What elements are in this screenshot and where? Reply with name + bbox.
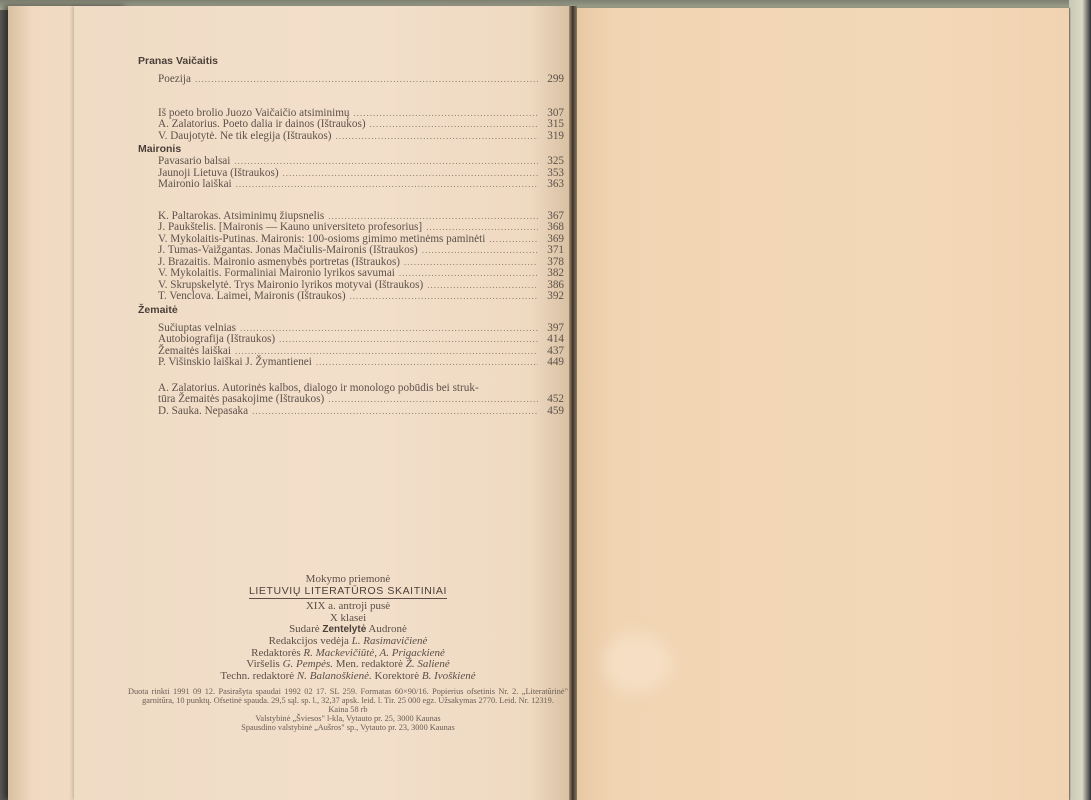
toc-entry-page: 368 [542,222,564,234]
background-surface-right [1069,0,1091,800]
proofreader-name: B. Ivoškienė [422,670,476,682]
toc-entry: V. Daujotytė. Ne tik elegija (Ištraukos)… [138,131,570,143]
leader-dots [422,245,538,257]
paper-light-spot [602,633,672,693]
toc-entry-title: P. Višinskio laiškai J. Žymantienei [158,357,312,369]
editors-names: R. Mackevičiūtė, A. Prigackienė [303,647,445,659]
toc-entry-title: Maironio laiškai [158,179,232,191]
toc-entry-title: Autobiografija (Ištraukos) [158,334,275,346]
toc-entry: Pavasario balsai325 [138,156,570,168]
toc-entry-title: V. Daujotytė. Ne tik elegija (Ištraukos) [158,131,331,143]
tech-editor-line: Techn. redaktorė N. Balanoškienė. Korekt… [124,671,572,683]
leader-dots [489,234,538,246]
toc-entry-title: J. Paukštelis. [Maironis — Kauno univers… [158,222,422,234]
leader-dots [234,156,538,168]
compiler-label: Sudarė [289,623,320,635]
toc-entry: Maironio laiškai363 [138,179,570,191]
editor-chief-name: L. Rasimavičienė [352,635,428,647]
toc-section-author: Maironis [138,142,570,156]
toc-entry-page: 382 [542,268,564,280]
leader-dots [328,394,538,406]
toc-entry-page: 363 [542,179,564,191]
toc-entry-title: J. Tumas-Vaižgantas. Jonas Mačiulis-Mair… [158,245,418,257]
printer: Spausdino valstybinė „Aušros" sp., Vytau… [124,723,572,732]
price: Kaina 58 rb [124,705,572,714]
toc-entry-page: 449 [542,357,564,369]
toc-entry: D. Sauka. Nepasaka459 [138,406,570,418]
editors-label: Redaktorės [251,647,300,659]
art-editor-label: Men. redaktorė [336,658,403,670]
print-details: Duota rinkti 1991 09 12. Pasirašyta spau… [124,687,572,705]
leader-dots [240,323,538,335]
toc-entry-title: Poezija [158,74,191,86]
toc-entry: V. Mykolaitis. Formaliniai Maironio lyri… [138,268,570,280]
toc-entry-page: 315 [542,119,564,131]
leader-dots [426,222,538,234]
toc-entry-title: V. Mykolaitis. Formaliniai Maironio lyri… [158,268,395,280]
toc-entry: Autobiografija (Ištraukos)414 [138,334,570,346]
proofreader-label: Korektorė [375,670,420,682]
tech-editor-name: N. Balanoškienė. [297,670,372,682]
leader-dots [279,334,538,346]
compiler-surname: Zentelytė [322,624,366,635]
leader-dots [427,280,538,292]
editor-chief-label: Redakcijos vedėja [269,635,349,647]
leader-dots [236,179,538,191]
toc-entry-page: 299 [542,74,564,86]
toc-entry-page: 371 [542,245,564,257]
leader-dots [350,291,538,303]
tech-editor-label: Techn. redaktorė [220,670,294,682]
toc-entry-page: 392 [542,291,564,303]
toc-entry: A. Zalatorius. Poeto dalia ir dainos (Iš… [138,119,570,131]
leader-dots [316,357,538,369]
publication-type: Mokymo priemonė [124,574,572,586]
compiler-name: Audronė [368,623,407,635]
art-editor-name: Ž. Salienė [406,658,450,670]
cover-label: Viršelis [246,658,280,670]
leader-dots [370,119,538,131]
toc-entry-page: 414 [542,334,564,346]
toc-entry: T. Venclova. Laimei, Maironis (Ištraukos… [138,291,570,303]
leader-dots [354,108,538,120]
colophon-imprint: Mokymo priemonė LIETUVIŲ LITERATŪROS SKA… [124,574,572,732]
grade: X klasei [124,613,572,625]
leader-dots [335,131,538,143]
leader-dots [283,168,538,180]
leader-dots [399,268,538,280]
toc-entry-title: D. Sauka. Nepasaka [158,406,248,418]
toc-entry: tūra Žemaitės pasakojime (Ištraukos)452 [138,394,570,406]
right-page-blank [577,8,1069,800]
toc-section-author: Žemaitė [138,303,570,317]
cover-artist: G. Pempės. [283,658,333,670]
toc-section-author: Pranas Vaičaitis [138,54,570,68]
toc-entry-page: 325 [542,156,564,168]
toc-entry-title: T. Venclova. Laimei, Maironis (Ištraukos… [158,291,346,303]
publisher: Valstybinė „Šviesos" l-kla, Vytauto pr. … [124,714,572,723]
toc-entry: P. Višinskio laiškai J. Žymantienei449 [138,357,570,369]
toc-entry-title: A. Zalatorius. Poeto dalia ir dainos (Iš… [158,119,366,131]
leader-dots [195,74,538,86]
series-title: LIETUVIŲ LITERATŪROS SKAITINIAI [249,586,447,600]
toc-entry-page: 452 [542,394,564,406]
toc-entry-title: tūra Žemaitės pasakojime (Ištraukos) [158,394,324,406]
toc-entry-title: Pavasario balsai [158,156,230,168]
toc-entry-page: 319 [542,131,564,143]
leader-dots [404,257,538,269]
toc-entry: Poezija299 [138,74,570,86]
toc-entry-page: 459 [542,406,564,418]
leader-dots [252,406,538,418]
toc-entry: J. Paukštelis. [Maironis — Kauno univers… [138,222,570,234]
toc-entry: J. Tumas-Vaižgantas. Jonas Mačiulis-Mair… [138,245,570,257]
table-of-contents: Pranas Vaičaitis Poezija299 Iš poeto bro… [138,54,570,417]
